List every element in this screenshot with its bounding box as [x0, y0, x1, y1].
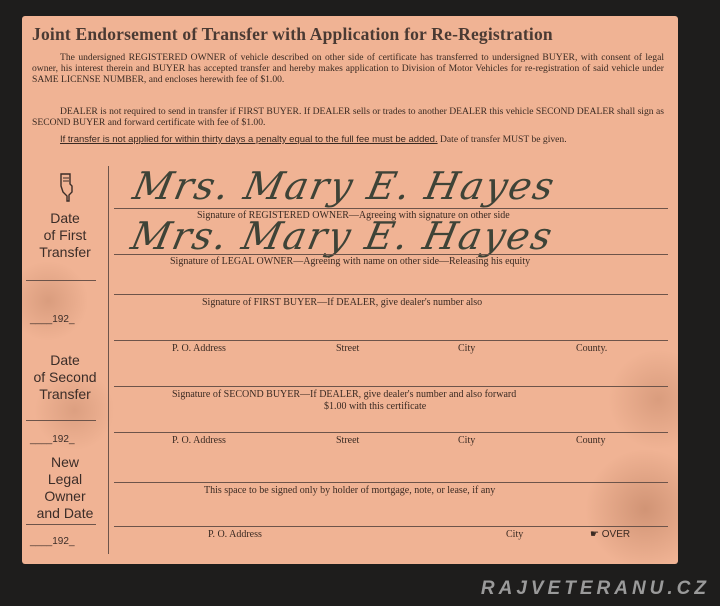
second-transfer-date-field[interactable]: ____192_: [30, 434, 75, 445]
document-title: Joint Endorsement of Transfer with Appli…: [32, 24, 672, 45]
pointing-hand-icon: [58, 172, 74, 202]
address-label-city: City: [506, 529, 523, 540]
pointing-hand-right-icon: ☛: [590, 529, 599, 540]
second-transfer-label: Date of Second Transfer: [22, 352, 108, 403]
address-label-po: P. O. Address: [172, 435, 226, 446]
new-legal-owner-label: New Legal Owner and Date: [22, 454, 108, 522]
mortgage-holder-caption: This space to be signed only by holder o…: [204, 485, 495, 496]
certificate-back: Joint Endorsement of Transfer with Appli…: [22, 16, 678, 564]
paragraph-owner-transfer: The undersigned REGISTERED OWNER of vehi…: [32, 52, 664, 86]
address-label-po: P. O. Address: [172, 343, 226, 354]
over-indicator: ☛ OVER: [590, 529, 630, 540]
first-transfer-date-field[interactable]: ____192_: [30, 314, 75, 325]
address-label-street: Street: [336, 343, 359, 354]
penalty-warning: If transfer is not applied for within th…: [60, 134, 438, 145]
new-legal-owner-date-field[interactable]: ____192_: [30, 536, 75, 547]
paragraph-dealer: DEALER is not required to send in transf…: [32, 106, 664, 128]
address-label-po: P. O. Address: [208, 529, 262, 540]
address-label-city: City: [458, 343, 475, 354]
new-owner-address-line[interactable]: [114, 526, 668, 527]
address-label-city: City: [458, 435, 475, 446]
first-buyer-caption: Signature of FIRST BUYER—If DEALER, give…: [202, 297, 482, 308]
watermark: RAJVETERANU.CZ: [481, 578, 710, 600]
legal-owner-caption: Signature of LEGAL OWNER—Agreeing with n…: [170, 256, 530, 267]
mortgage-holder-signature-line[interactable]: [114, 482, 668, 483]
registered-owner-signature: Mrs. Mary E. Hayes: [129, 164, 560, 208]
second-buyer-address-line[interactable]: [114, 432, 668, 433]
second-buyer-caption-line1: Signature of SECOND BUYER—If DEALER, giv…: [172, 389, 516, 400]
address-label-county: County: [576, 435, 605, 446]
legal-owner-signature: Mrs. Mary E. Hayes: [127, 214, 558, 258]
first-buyer-signature-line[interactable]: [114, 294, 668, 295]
address-label-street: Street: [336, 435, 359, 446]
second-buyer-caption-line2: $1.00 with this certificate: [324, 401, 426, 412]
left-bracket-divider: [108, 166, 109, 554]
second-buyer-signature-line[interactable]: [114, 386, 668, 387]
first-buyer-address-line[interactable]: [114, 340, 668, 341]
address-label-county: County.: [576, 343, 607, 354]
paragraph-penalty: If transfer is not applied for within th…: [32, 134, 664, 145]
first-transfer-label: Date of First Transfer: [22, 210, 108, 261]
